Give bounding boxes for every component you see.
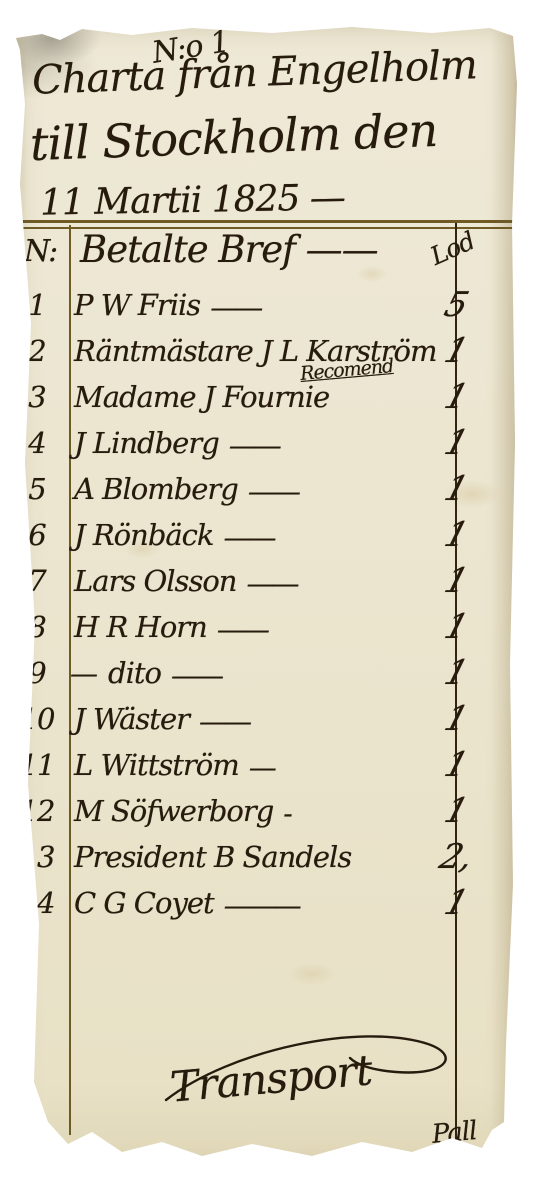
row-lod-value: 1 bbox=[416, 561, 495, 601]
table-row: 7 Lars Olsson —— 1 bbox=[12, 558, 518, 604]
table-row: 4 J Lindberg —— 1 bbox=[12, 420, 518, 466]
row-dash: —— bbox=[223, 521, 273, 554]
row-lod-value: 1 bbox=[416, 791, 495, 831]
row-name: A Blomberg bbox=[74, 472, 238, 506]
row-name: dito bbox=[108, 656, 161, 690]
row-dash: —— bbox=[217, 613, 267, 646]
row-number: 1 bbox=[12, 288, 62, 322]
row-dash: —— bbox=[171, 659, 221, 692]
row-dash: ——— bbox=[224, 889, 299, 922]
table-row: 13 President B Sandels 2, bbox=[12, 834, 518, 880]
table-row: 10 J Wäster —— 1 bbox=[12, 696, 518, 742]
row-number: 11 bbox=[12, 748, 62, 782]
row-name: President B Sandels bbox=[74, 840, 351, 874]
row-name: Lars Olsson bbox=[74, 564, 236, 598]
row-lod-value: 5 bbox=[416, 285, 495, 325]
row-lod-value: 1 bbox=[416, 423, 495, 463]
row-lod-value: 1 bbox=[416, 515, 495, 555]
row-lod-value: 1 bbox=[416, 653, 495, 693]
table-row: 1 P W Friis —— 5 bbox=[12, 282, 518, 328]
row-pre-dash: — bbox=[70, 657, 96, 690]
table-row: 3 Madame J Fournie Recomend 1 bbox=[12, 374, 518, 420]
row-lod-value: 1 bbox=[416, 745, 495, 785]
column-header-lod: Lod bbox=[426, 226, 479, 271]
row-lod-value: 2, bbox=[416, 837, 495, 877]
row-lod-value: 1 bbox=[416, 377, 495, 417]
row-name: H R Horn bbox=[74, 610, 207, 644]
row-number: 9 bbox=[12, 656, 62, 690]
row-lod-value: 1 bbox=[416, 699, 495, 739]
table-row: 2 Räntmästare J L Karström 1 bbox=[12, 328, 518, 374]
row-lod-value: 1 bbox=[416, 607, 495, 647]
row-dash: —— bbox=[210, 291, 260, 324]
signature: Pall bbox=[431, 1116, 478, 1150]
row-name: P W Friis bbox=[74, 288, 200, 322]
row-number: 3 bbox=[12, 380, 62, 414]
table-row: 5 A Blomberg —— 1 bbox=[12, 466, 518, 512]
row-number: 2 bbox=[12, 334, 62, 368]
row-number: 10 bbox=[12, 702, 62, 736]
row-name: Madame J Fournie bbox=[74, 380, 329, 414]
title-line-date: 11 Martii 1825 — bbox=[40, 177, 345, 223]
column-header-number: N: bbox=[24, 234, 57, 269]
scanned-paper-sheet: N:o 1 Charta från Engelholm till Stockho… bbox=[12, 24, 518, 1176]
row-name: M Söfwerborg bbox=[74, 794, 273, 828]
row-dash: - bbox=[283, 797, 289, 830]
row-lod-value: 1 bbox=[416, 331, 495, 371]
row-dash: —— bbox=[199, 705, 249, 738]
row-name: J Lindberg bbox=[74, 426, 219, 460]
row-name: C G Coyet bbox=[74, 886, 214, 920]
row-number: 4 bbox=[12, 426, 62, 460]
row-name: L Wittström bbox=[74, 748, 239, 782]
row-number: 13 bbox=[12, 840, 62, 874]
row-name: J Rönbäck bbox=[74, 518, 213, 552]
table-row: 9 — dito —— 1 bbox=[12, 650, 518, 696]
table-row: 14 C G Coyet ——— 1 bbox=[12, 880, 518, 926]
table-row: 6 J Rönbäck —— 1 bbox=[12, 512, 518, 558]
table-row: 12 M Söfwerborg - 1 bbox=[12, 788, 518, 834]
table-row: 8 H R Horn —— 1 bbox=[12, 604, 518, 650]
row-lod-value: 1 bbox=[416, 883, 495, 923]
row-number: 5 bbox=[12, 472, 62, 506]
row-dash: —— bbox=[229, 429, 279, 462]
row-name: J Wäster bbox=[74, 702, 189, 736]
table-row: 11 L Wittström — 1 bbox=[12, 742, 518, 788]
row-number: 14 bbox=[12, 886, 62, 920]
title-line-origin: Charta från Engelholm bbox=[31, 42, 477, 103]
row-number: 7 bbox=[12, 564, 62, 598]
row-number: 8 bbox=[12, 610, 62, 644]
title-line-destination: till Stockholm den bbox=[29, 103, 438, 171]
letter-register-table: 1 P W Friis —— 5 2 Räntmästare J L Karst… bbox=[12, 282, 518, 926]
row-number: 6 bbox=[12, 518, 62, 552]
row-dash: —— bbox=[248, 475, 298, 508]
row-dash: —— bbox=[246, 567, 296, 600]
row-lod-value: 1 bbox=[416, 469, 495, 509]
column-header-paid-letters: Betalte Bref —— bbox=[80, 228, 378, 271]
row-number: 12 bbox=[12, 794, 62, 828]
pink-edge-stain bbox=[33, 1144, 59, 1178]
row-dash: — bbox=[249, 751, 274, 784]
